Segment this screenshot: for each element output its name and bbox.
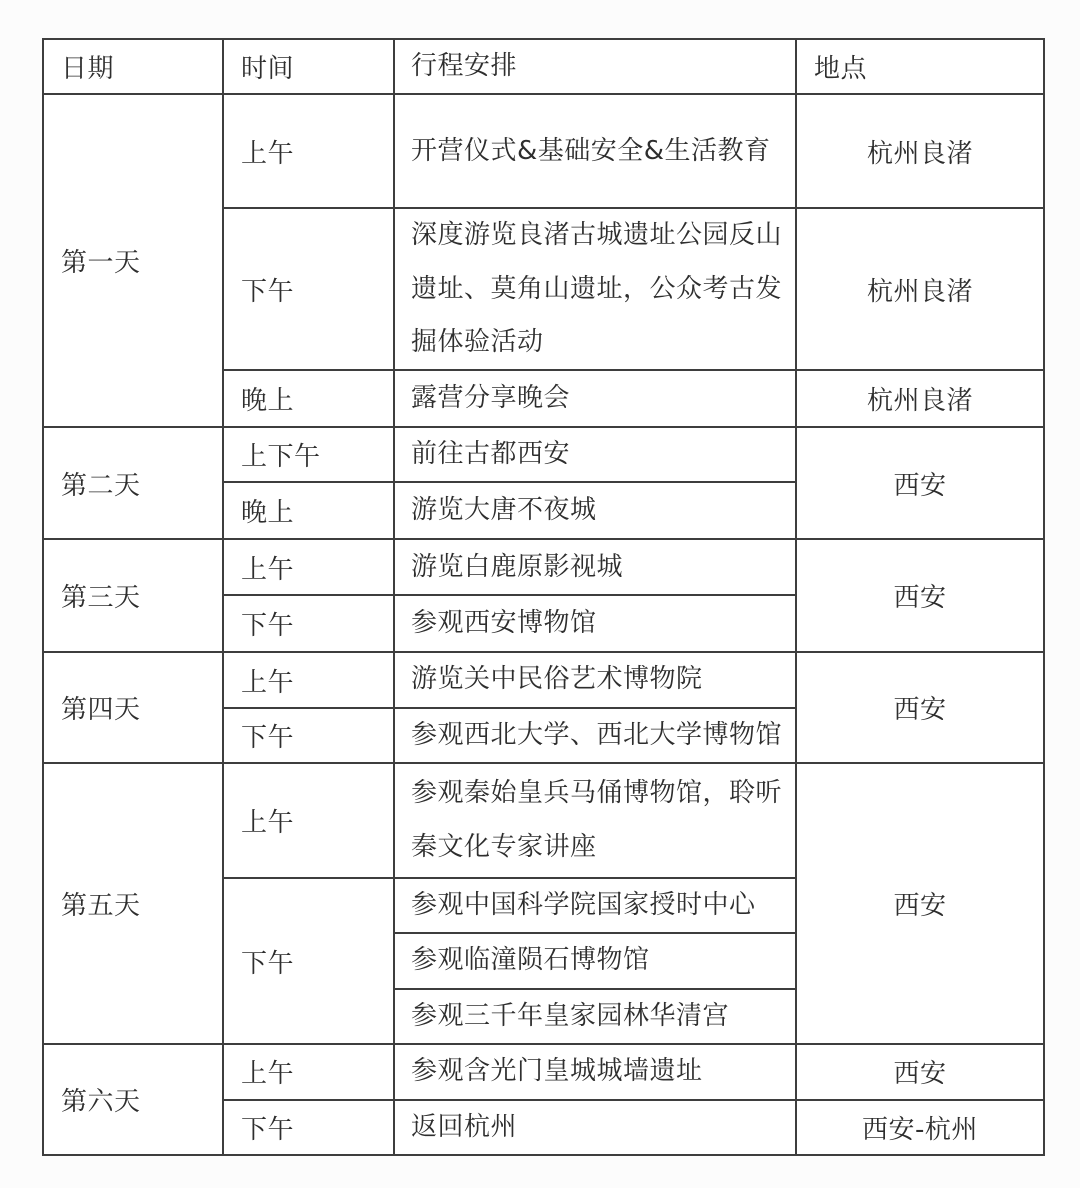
activity-cell: 参观含光门皇城城墙遗址 bbox=[394, 1044, 796, 1100]
table-row: 第四天 上午 游览关中民俗艺术博物院 西安 bbox=[43, 652, 1044, 707]
activity-cell: 参观秦始皇兵马俑博物馆，聆听秦文化专家讲座 bbox=[394, 763, 796, 878]
date-cell-day6: 第六天 bbox=[43, 1044, 223, 1155]
activity-cell: 参观中国科学院国家授时中心 bbox=[394, 878, 796, 933]
table-row: 第六天 上午 参观含光门皇城城墙遗址 西安 bbox=[43, 1044, 1044, 1100]
date-cell-day1: 第一天 bbox=[43, 94, 223, 427]
location-cell: 杭州良渚 bbox=[796, 94, 1044, 208]
activity-cell: 返回杭州 bbox=[394, 1100, 796, 1155]
activity-cell: 深度游览良渚古城遗址公园反山遗址、莫角山遗址，公众考古发掘体验活动 bbox=[394, 208, 796, 370]
activity-cell: 参观西安博物馆 bbox=[394, 595, 796, 652]
date-cell-day4: 第四天 bbox=[43, 652, 223, 763]
time-cell: 下午 bbox=[223, 1100, 394, 1155]
table-row: 第五天 上午 参观秦始皇兵马俑博物馆，聆听秦文化专家讲座 西安 bbox=[43, 763, 1044, 878]
location-cell: 西安-杭州 bbox=[796, 1100, 1044, 1155]
activity-cell: 参观临潼陨石博物馆 bbox=[394, 933, 796, 988]
time-cell: 晚上 bbox=[223, 482, 394, 539]
time-cell: 晚上 bbox=[223, 370, 394, 427]
header-date: 日期 bbox=[43, 39, 223, 94]
header-location: 地点 bbox=[796, 39, 1044, 94]
activity-cell: 参观三千年皇家园林华清宫 bbox=[394, 989, 796, 1044]
activity-cell: 开营仪式&基础安全&生活教育 bbox=[394, 94, 796, 208]
header-itinerary: 行程安排 bbox=[394, 39, 796, 94]
location-cell: 西安 bbox=[796, 539, 1044, 652]
date-cell-day2: 第二天 bbox=[43, 427, 223, 539]
location-cell: 西安 bbox=[796, 427, 1044, 539]
time-cell: 上午 bbox=[223, 763, 394, 878]
header-row: 日期 时间 行程安排 地点 bbox=[43, 39, 1044, 94]
time-cell: 下午 bbox=[223, 595, 394, 652]
location-cell: 西安 bbox=[796, 652, 1044, 763]
activity-cell: 露营分享晚会 bbox=[394, 370, 796, 427]
table-row: 第一天 上午 开营仪式&基础安全&生活教育 杭州良渚 bbox=[43, 94, 1044, 208]
time-cell: 下午 bbox=[223, 878, 394, 1044]
activity-cell: 游览白鹿原影视城 bbox=[394, 539, 796, 595]
header-time: 时间 bbox=[223, 39, 394, 94]
date-cell-day5: 第五天 bbox=[43, 763, 223, 1044]
time-cell: 上下午 bbox=[223, 427, 394, 482]
location-cell: 杭州良渚 bbox=[796, 208, 1044, 370]
location-cell: 西安 bbox=[796, 763, 1044, 1044]
activity-cell: 游览关中民俗艺术博物院 bbox=[394, 652, 796, 707]
location-cell: 西安 bbox=[796, 1044, 1044, 1100]
activity-cell: 游览大唐不夜城 bbox=[394, 482, 796, 539]
location-cell: 杭州良渚 bbox=[796, 370, 1044, 427]
activity-cell: 前往古都西安 bbox=[394, 427, 796, 482]
time-cell: 下午 bbox=[223, 208, 394, 370]
activity-cell: 参观西北大学、西北大学博物馆 bbox=[394, 708, 796, 763]
date-cell-day3: 第三天 bbox=[43, 539, 223, 652]
time-cell: 上午 bbox=[223, 652, 394, 707]
time-cell: 下午 bbox=[223, 708, 394, 763]
time-cell: 上午 bbox=[223, 539, 394, 595]
time-cell: 上午 bbox=[223, 1044, 394, 1100]
itinerary-table: 日期 时间 行程安排 地点 第一天 上午 开营仪式&基础安全&生活教育 杭州良渚… bbox=[42, 38, 1045, 1156]
time-cell: 上午 bbox=[223, 94, 394, 208]
table-row: 第三天 上午 游览白鹿原影视城 西安 bbox=[43, 539, 1044, 595]
table-row: 第二天 上下午 前往古都西安 西安 bbox=[43, 427, 1044, 482]
